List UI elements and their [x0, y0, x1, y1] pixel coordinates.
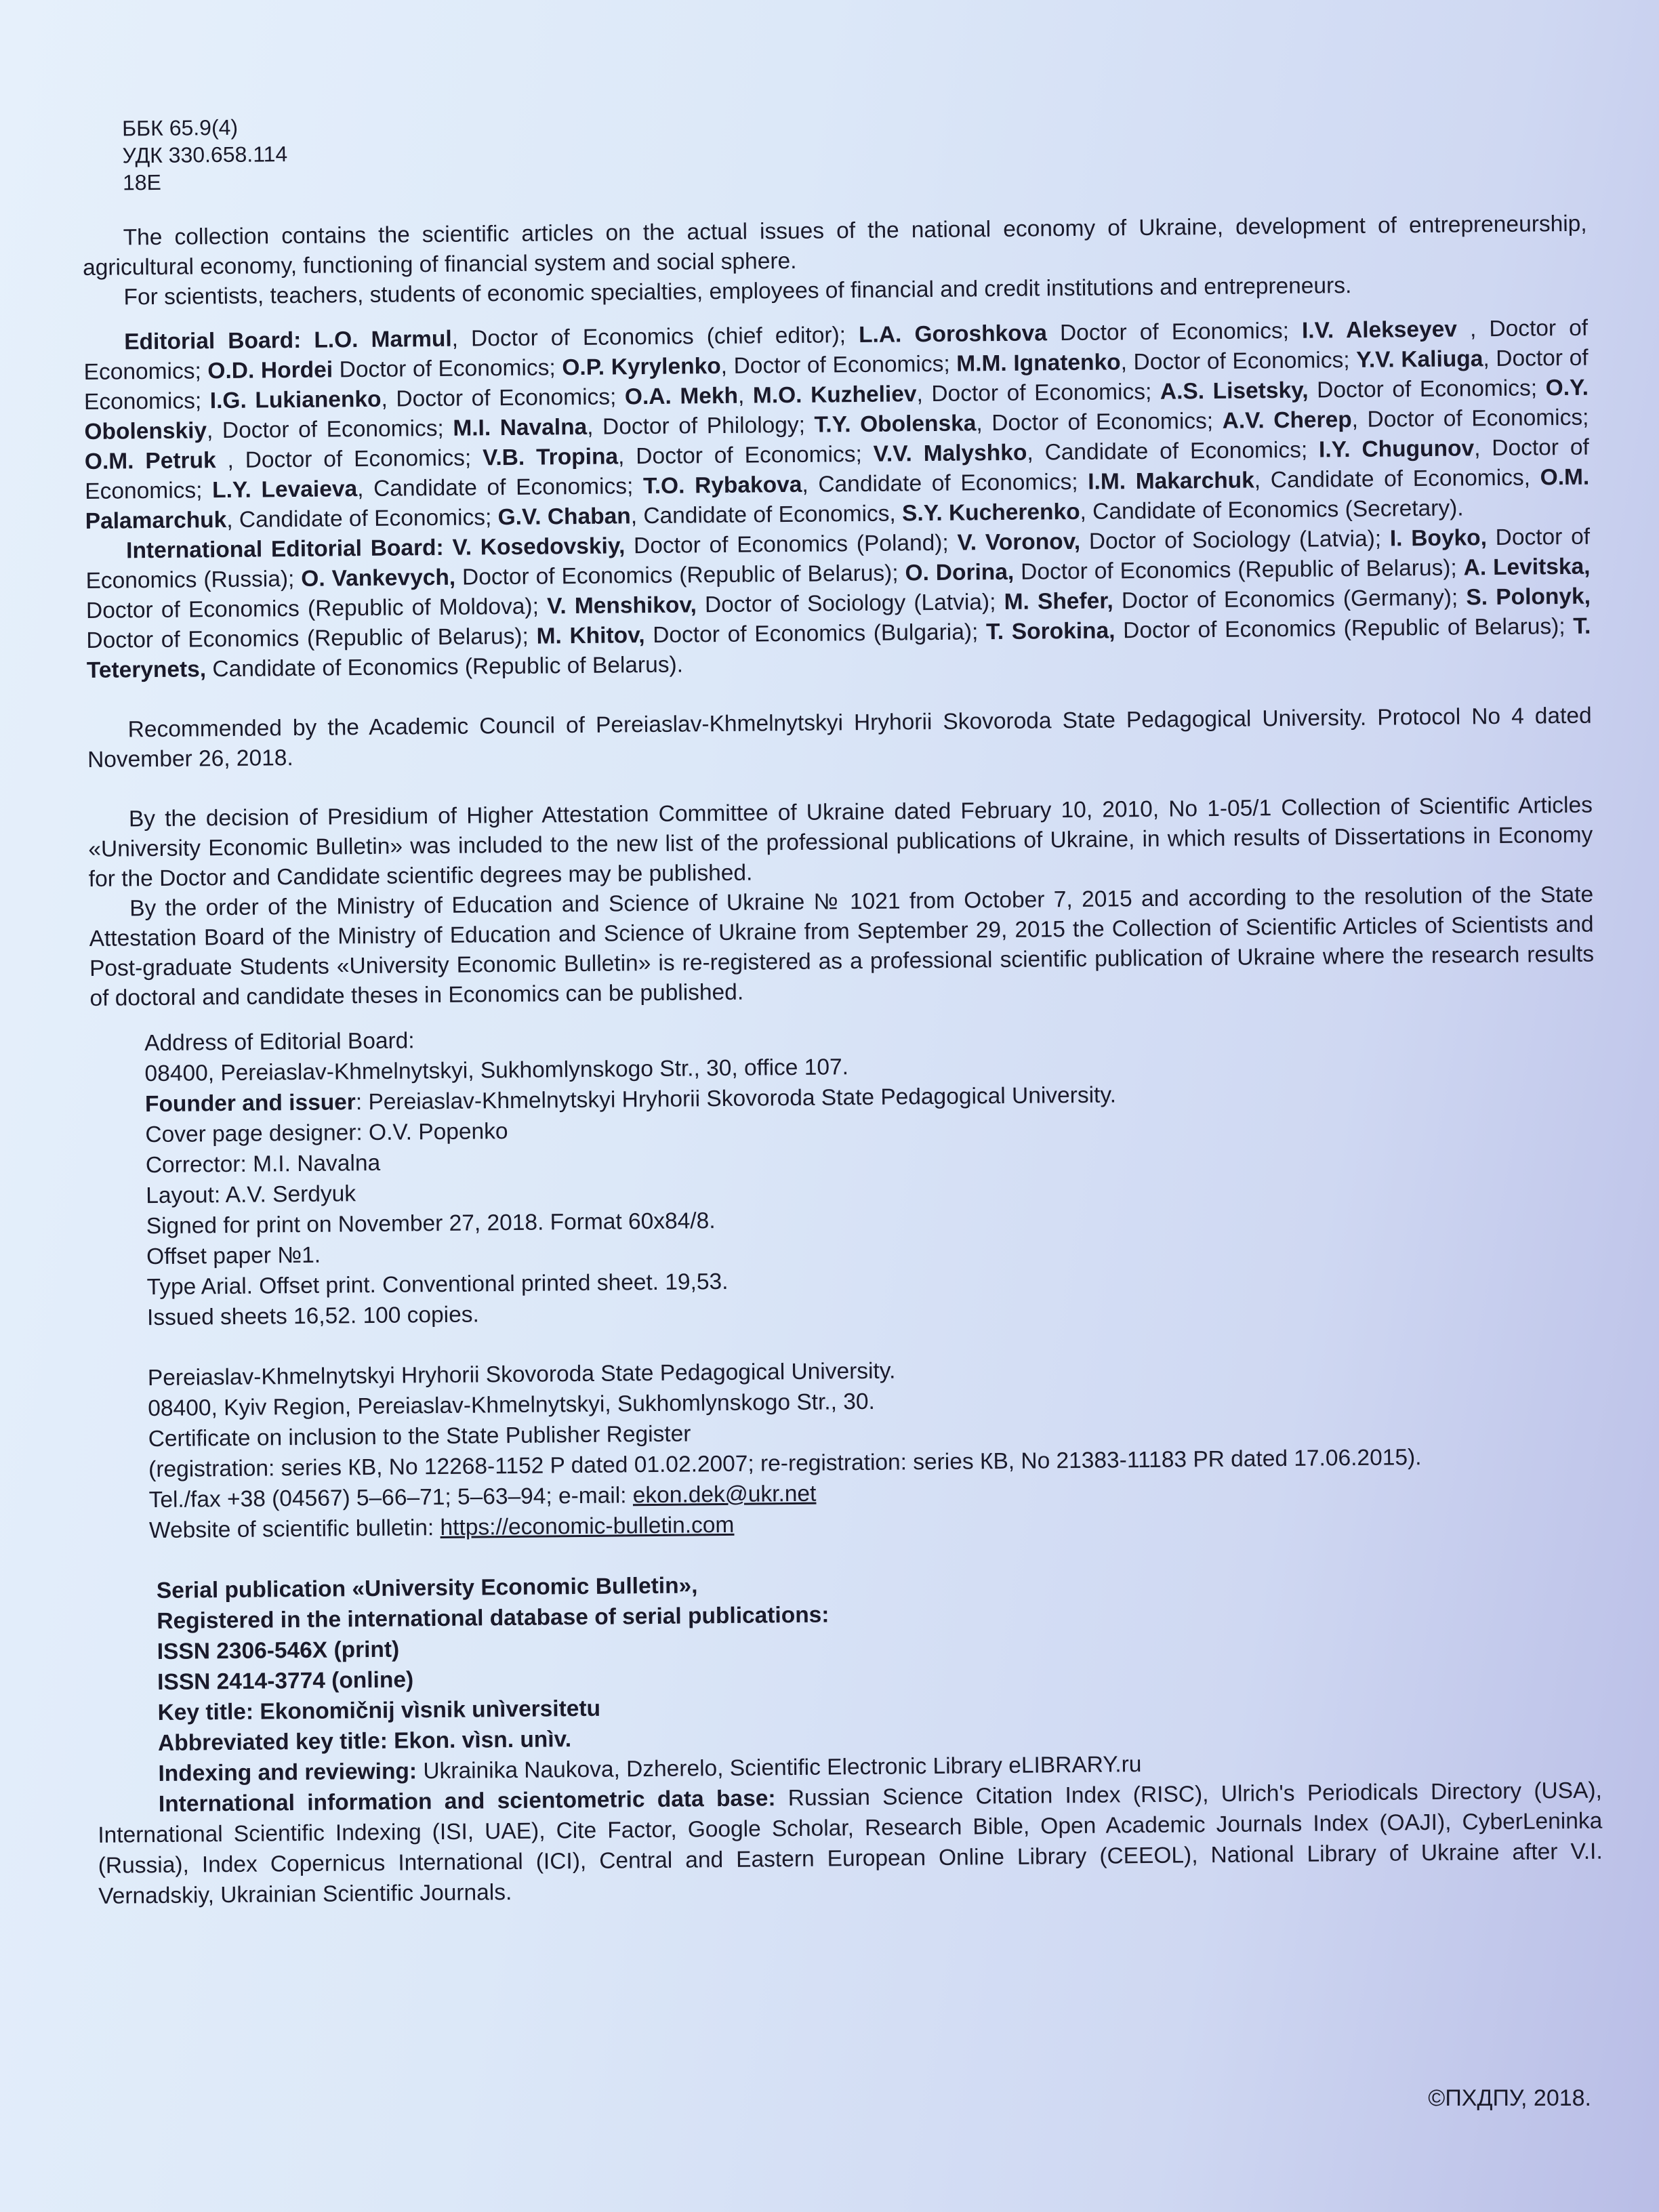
member-title: ,: [738, 384, 745, 409]
document-page: ББК 65.9(4) УДК 330.658.114 18E The coll…: [81, 101, 1603, 1912]
member-title: Doctor of Economics;: [1308, 375, 1537, 403]
member-name: O.D. Hordei: [207, 357, 333, 384]
member-title: , Candidate of Economics;: [357, 474, 634, 501]
member-name: L.O. Marmul: [314, 327, 452, 353]
member-name: M.I. Navalna: [453, 415, 587, 441]
member-title: Doctor of Economics (Republic of Belarus…: [86, 624, 529, 653]
member-name: T.Y. Obolenska: [814, 411, 976, 437]
member-title: , Candidate of Economics;: [226, 505, 491, 533]
member-name: I.M. Makarchuk: [1088, 468, 1254, 494]
member-name: T. Sorokina,: [986, 618, 1115, 644]
website-link[interactable]: https://economic-bulletin.com: [440, 1513, 734, 1540]
international-board-label: International Editorial Board:: [126, 535, 444, 563]
member-title: , Doctor of Economics;: [721, 352, 950, 379]
order-paragraph: By the order of the Ministry of Educatio…: [89, 880, 1595, 1014]
member-title: Doctor of Economics (Bulgaria);: [644, 619, 978, 648]
member-title: , Doctor of Economics;: [207, 416, 444, 443]
member-title: , Doctor of Economics;: [916, 380, 1151, 407]
member-name: I.Y. Chugunov: [1319, 436, 1474, 462]
serial-block: Serial publication «University Economic …: [157, 1562, 1603, 1911]
member-name: G.V. Chaban: [497, 504, 630, 530]
member-title: Doctor of Economics (Republic of Belarus…: [1014, 556, 1457, 585]
member-title: , Doctor of Economics;: [381, 384, 616, 411]
member-title: , Doctor of Economics;: [1352, 405, 1589, 432]
member-name: O.P. Kyrylenko: [562, 354, 721, 380]
founder-label: Founder and issuer: [145, 1090, 356, 1117]
international-board: International Editorial Board: V. Kosedo…: [85, 523, 1591, 686]
member-title: Doctor of Economics;: [1047, 319, 1289, 346]
member-title: , Doctor of Economics;: [618, 442, 862, 469]
member-name: V.B. Tropina: [483, 444, 618, 470]
copyright: ©ПХДПУ, 2018.: [1428, 2085, 1591, 2112]
member-name: I.G. Lukianenko: [210, 387, 382, 413]
intl-databases: International information and scientomet…: [98, 1776, 1603, 1912]
member-name: V. Kosedovskiy,: [452, 533, 625, 560]
email-link[interactable]: ekon.dek@ukr.net: [633, 1481, 817, 1509]
editorial-board: Editorial Board: L.O. Marmul, Doctor of …: [83, 314, 1590, 537]
member-title: Doctor of Economics (Poland);: [625, 531, 949, 559]
member-title: , Doctor of Economics;: [1120, 348, 1349, 375]
member-name: T.O. Rybakova: [643, 472, 802, 499]
member-name: V. Menshikov,: [547, 592, 697, 619]
member-name: Y.V. Kaliuga: [1356, 346, 1483, 373]
member-name: L.A. Goroshkova: [859, 321, 1047, 348]
publisher-block: Pereiaslav-Khmelnytskyi Hryhorii Skovoro…: [148, 1349, 1599, 1547]
member-title: Candidate of Economics (Republic of Bela…: [206, 653, 683, 682]
editorial-board-label: Editorial Board:: [124, 328, 301, 355]
member-title: Doctor of Economics (Germany);: [1113, 586, 1458, 614]
decision-paragraph: By the decision of Presidium of Higher A…: [88, 791, 1593, 895]
member-name: O. Dorina,: [905, 560, 1014, 586]
imprint-block: Address of Editorial Board: 08400, Perei…: [144, 1015, 1597, 1334]
member-title: Doctor of Sociology (Latvia);: [697, 590, 996, 617]
member-name: S. Polonyk,: [1466, 584, 1591, 611]
classification-codes: ББК 65.9(4) УДК 330.658.114 18E: [122, 101, 1586, 197]
member-title: , Doctor of Economics (chief editor);: [452, 323, 846, 352]
member-title: Doctor of Economics (Republic of Belarus…: [455, 560, 899, 590]
member-name: O.A. Mekh: [625, 384, 738, 410]
member-name: V. Voronov,: [957, 529, 1080, 556]
member-name: S.Y. Kucherenko: [902, 499, 1080, 527]
member-title: , Candidate of Economics (Secretary).: [1080, 495, 1463, 524]
member-title: Doctor of Economics (Republic of Belarus…: [1115, 614, 1565, 643]
member-title: , Candidate of Economics;: [1027, 438, 1307, 466]
member-title: Doctor of Economics;: [333, 355, 556, 382]
member-title: , Candidate of Economics,: [631, 501, 896, 529]
member-name: I.V. Alekseyev: [1302, 317, 1457, 344]
member-name: M.M. Ignatenko: [956, 350, 1121, 376]
member-name: A. Levitska,: [1463, 554, 1590, 581]
member-title: Doctor of Sociology (Latvia);: [1080, 527, 1381, 554]
member-name: M.O. Kuzheliev: [753, 382, 917, 408]
member-title: , Doctor of Economics;: [216, 446, 471, 474]
member-name: M. Shefer,: [1004, 588, 1113, 615]
member-name: I. Boyko,: [1390, 525, 1487, 551]
member-title: , Doctor of Philology;: [587, 413, 805, 440]
member-name: M. Khitov,: [536, 623, 644, 649]
member-title: , Candidate of Economics;: [802, 470, 1078, 497]
member-name: O. Vankevych,: [301, 565, 455, 592]
editorial-board-members: L.O. Marmul, Doctor of Economics (chief …: [83, 316, 1589, 534]
member-title: Doctor of Economics (Republic of Moldova…: [86, 594, 539, 623]
member-name: L.Y. Levaieva: [212, 476, 357, 503]
member-name: V.V. Malyshko: [874, 441, 1027, 467]
member-title: , Doctor of Economics;: [976, 409, 1213, 436]
member-name: A.V. Cherep: [1222, 407, 1351, 434]
member-name: A.S. Lisetsky,: [1160, 378, 1309, 405]
member-title: , Candidate of Economics,: [1254, 466, 1531, 493]
member-name: O.M. Petruk: [85, 448, 216, 474]
